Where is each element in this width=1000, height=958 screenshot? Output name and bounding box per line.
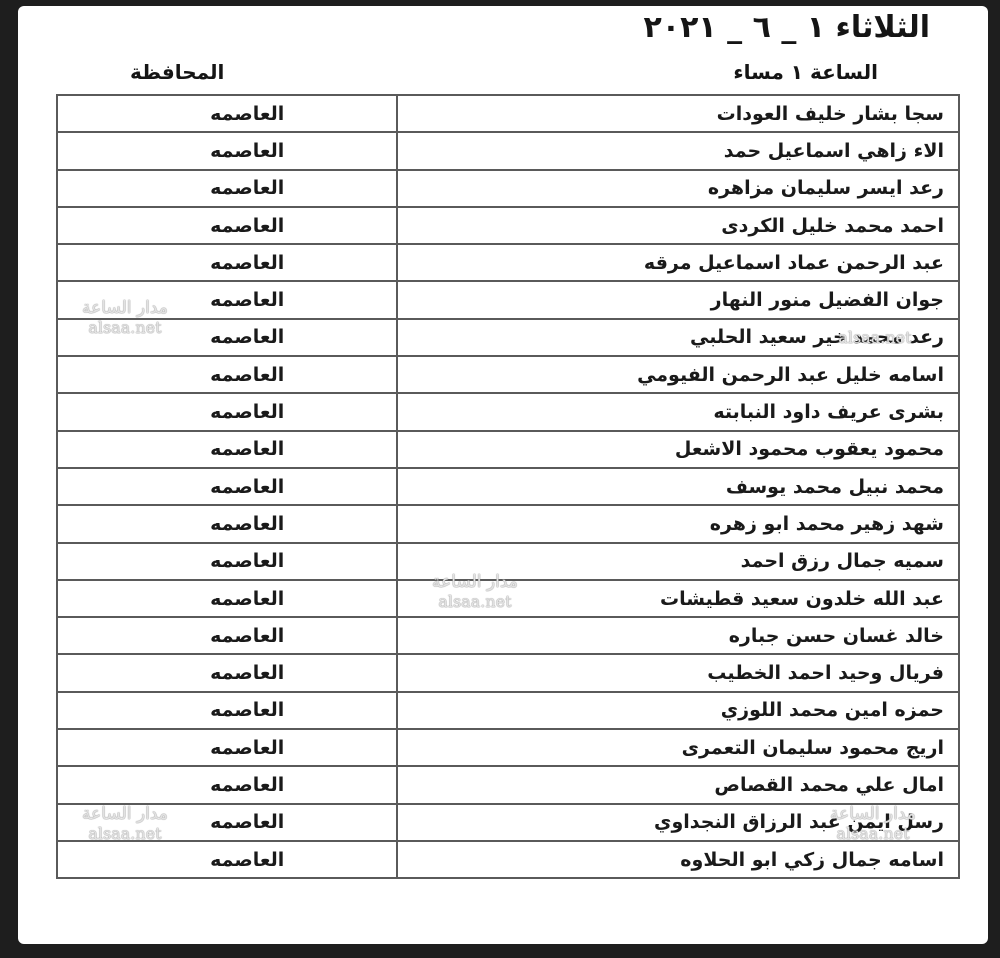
governorate-cell: العاصمه: [57, 505, 397, 542]
name-cell: رعد ايسر سليمان مزاهره: [397, 170, 959, 207]
table-row: رعد محمد خير سعيد الحلبيالعاصمه: [57, 319, 959, 356]
table-row: اريج محمود سليمان التعمرىالعاصمه: [57, 729, 959, 766]
table-row: امال علي محمد القصاصالعاصمه: [57, 766, 959, 803]
governorate-cell: العاصمه: [57, 654, 397, 691]
table-row: محمود يعقوب محمود الاشعلالعاصمه: [57, 431, 959, 468]
time-subtitle: الساعة ١ مساء: [733, 60, 878, 84]
table-row: جوان الفضيل منور النهارالعاصمه: [57, 281, 959, 318]
governorate-cell: العاصمه: [57, 766, 397, 803]
governorate-cell: العاصمه: [57, 543, 397, 580]
table-row: محمد نبيل محمد يوسفالعاصمه: [57, 468, 959, 505]
table-row: اسامه جمال زكي ابو الحلاوهالعاصمه: [57, 841, 959, 878]
column-header-governorate: المحافظة: [130, 60, 224, 84]
name-cell: محمد نبيل محمد يوسف: [397, 468, 959, 505]
governorate-cell: العاصمه: [57, 729, 397, 766]
governorate-cell: العاصمه: [57, 95, 397, 132]
governorate-cell: العاصمه: [57, 244, 397, 281]
name-cell: شهد زهير محمد ابو زهره: [397, 505, 959, 542]
table-row: رعد ايسر سليمان مزاهرهالعاصمه: [57, 170, 959, 207]
name-cell: بشرى عريف داود النبابته: [397, 393, 959, 430]
table-row: احمد محمد خليل الكردىالعاصمه: [57, 207, 959, 244]
table-row: خالد غسان حسن جبارهالعاصمه: [57, 617, 959, 654]
document-page: الثلاثاء ١ _ ٦ _ ٢٠٢١ الساعة ١ مساء المح…: [18, 6, 988, 944]
name-cell: محمود يعقوب محمود الاشعل: [397, 431, 959, 468]
governorate-cell: العاصمه: [57, 132, 397, 169]
name-cell: الاء زاهي اسماعيل حمد: [397, 132, 959, 169]
table-row: عبد الله خلدون سعيد قطيشاتالعاصمه: [57, 580, 959, 617]
governorate-cell: العاصمه: [57, 692, 397, 729]
name-cell: رعد محمد خير سعيد الحلبي: [397, 319, 959, 356]
name-cell: اسامه جمال زكي ابو الحلاوه: [397, 841, 959, 878]
governorate-cell: العاصمه: [57, 356, 397, 393]
governorate-cell: العاصمه: [57, 170, 397, 207]
table-row: عبد الرحمن عماد اسماعيل مرقهالعاصمه: [57, 244, 959, 281]
table-row: سجا بشار خليف العوداتالعاصمه: [57, 95, 959, 132]
table-row: شهد زهير محمد ابو زهرهالعاصمه: [57, 505, 959, 542]
governorate-cell: العاصمه: [57, 804, 397, 841]
governorate-cell: العاصمه: [57, 841, 397, 878]
governorate-cell: العاصمه: [57, 468, 397, 505]
name-cell: عبد الله خلدون سعيد قطيشات: [397, 580, 959, 617]
name-cell: رسل ايمن عبد الرزاق النجداوي: [397, 804, 959, 841]
name-cell: عبد الرحمن عماد اسماعيل مرقه: [397, 244, 959, 281]
roster-table: سجا بشار خليف العوداتالعاصمه الاء زاهي ا…: [56, 94, 960, 879]
governorate-cell: العاصمه: [57, 319, 397, 356]
name-cell: فريال وحيد احمد الخطيب: [397, 654, 959, 691]
governorate-cell: العاصمه: [57, 580, 397, 617]
name-cell: خالد غسان حسن جباره: [397, 617, 959, 654]
governorate-cell: العاصمه: [57, 393, 397, 430]
table-row: رسل ايمن عبد الرزاق النجداويالعاصمه: [57, 804, 959, 841]
table-row: سميه جمال رزق احمدالعاصمه: [57, 543, 959, 580]
table-row: اسامه خليل عبد الرحمن الفيوميالعاصمه: [57, 356, 959, 393]
name-cell: سميه جمال رزق احمد: [397, 543, 959, 580]
governorate-cell: العاصمه: [57, 281, 397, 318]
governorate-cell: العاصمه: [57, 431, 397, 468]
table-row: فريال وحيد احمد الخطيبالعاصمه: [57, 654, 959, 691]
governorate-cell: العاصمه: [57, 207, 397, 244]
table-row: الاء زاهي اسماعيل حمدالعاصمه: [57, 132, 959, 169]
name-cell: امال علي محمد القصاص: [397, 766, 959, 803]
name-cell: اريج محمود سليمان التعمرى: [397, 729, 959, 766]
name-cell: اسامه خليل عبد الرحمن الفيومي: [397, 356, 959, 393]
table-row: بشرى عريف داود النبابتهالعاصمه: [57, 393, 959, 430]
name-cell: سجا بشار خليف العودات: [397, 95, 959, 132]
name-cell: جوان الفضيل منور النهار: [397, 281, 959, 318]
name-cell: احمد محمد خليل الكردى: [397, 207, 959, 244]
page-title: الثلاثاء ١ _ ٦ _ ٢٠٢١: [643, 10, 930, 45]
table-row: حمزه امين محمد اللوزيالعاصمه: [57, 692, 959, 729]
governorate-cell: العاصمه: [57, 617, 397, 654]
name-cell: حمزه امين محمد اللوزي: [397, 692, 959, 729]
